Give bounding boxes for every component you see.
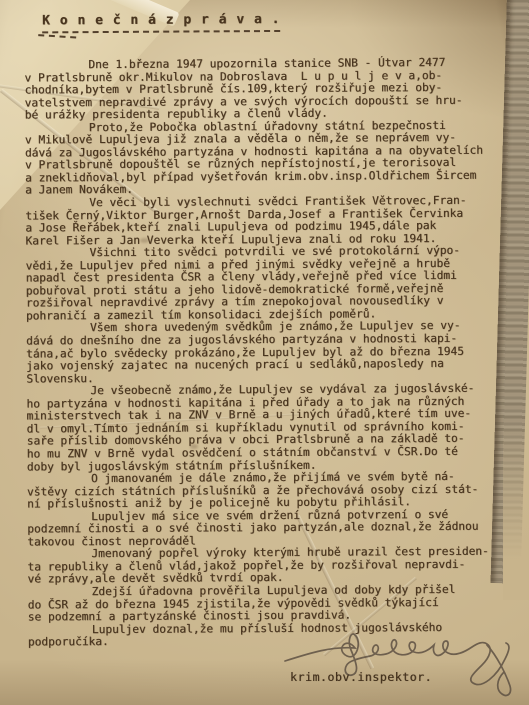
paragraph: Ve věci byli vyslechnuti svědci Františe… bbox=[25, 195, 517, 248]
paragraph: Dne 1.března 1947 upozornila stanice SNB… bbox=[24, 57, 516, 123]
signatory-title: krim.obv.inspektor. bbox=[290, 670, 432, 684]
scanned-document-page: K o n e č n á z p r á v a . Dne 1.března… bbox=[0, 0, 529, 705]
paragraph: Všichni tito svědci potvrdili ve své pro… bbox=[26, 245, 518, 323]
paragraph: Jmenovaný popřel výroky kterými hrubě ur… bbox=[27, 546, 519, 587]
paragraph: Je všeobecně známo,že Lupuljev se vydáva… bbox=[26, 383, 519, 474]
document-title: K o n e č n á z p r á v a . bbox=[42, 12, 280, 33]
report-body: Dne 1.března 1947 upozornila stanice SNB… bbox=[24, 57, 520, 650]
paragraph: Všem shora uvedeným svědkům je známo,že … bbox=[26, 320, 518, 386]
handwritten-signature-icon bbox=[282, 612, 528, 704]
paragraph: Lupuljev má sice ve svém držení různá po… bbox=[27, 508, 519, 549]
paragraph: O jmanovaném je dále známo,že přijímá ve… bbox=[27, 471, 519, 512]
paragraph: Proto,že Pobočka oblastní úřadovny státn… bbox=[25, 119, 517, 197]
typewritten-report: K o n e č n á z p r á v a . Dne 1.března… bbox=[24, 7, 520, 650]
signature-block: krim.obv.inspektor. bbox=[282, 612, 528, 704]
